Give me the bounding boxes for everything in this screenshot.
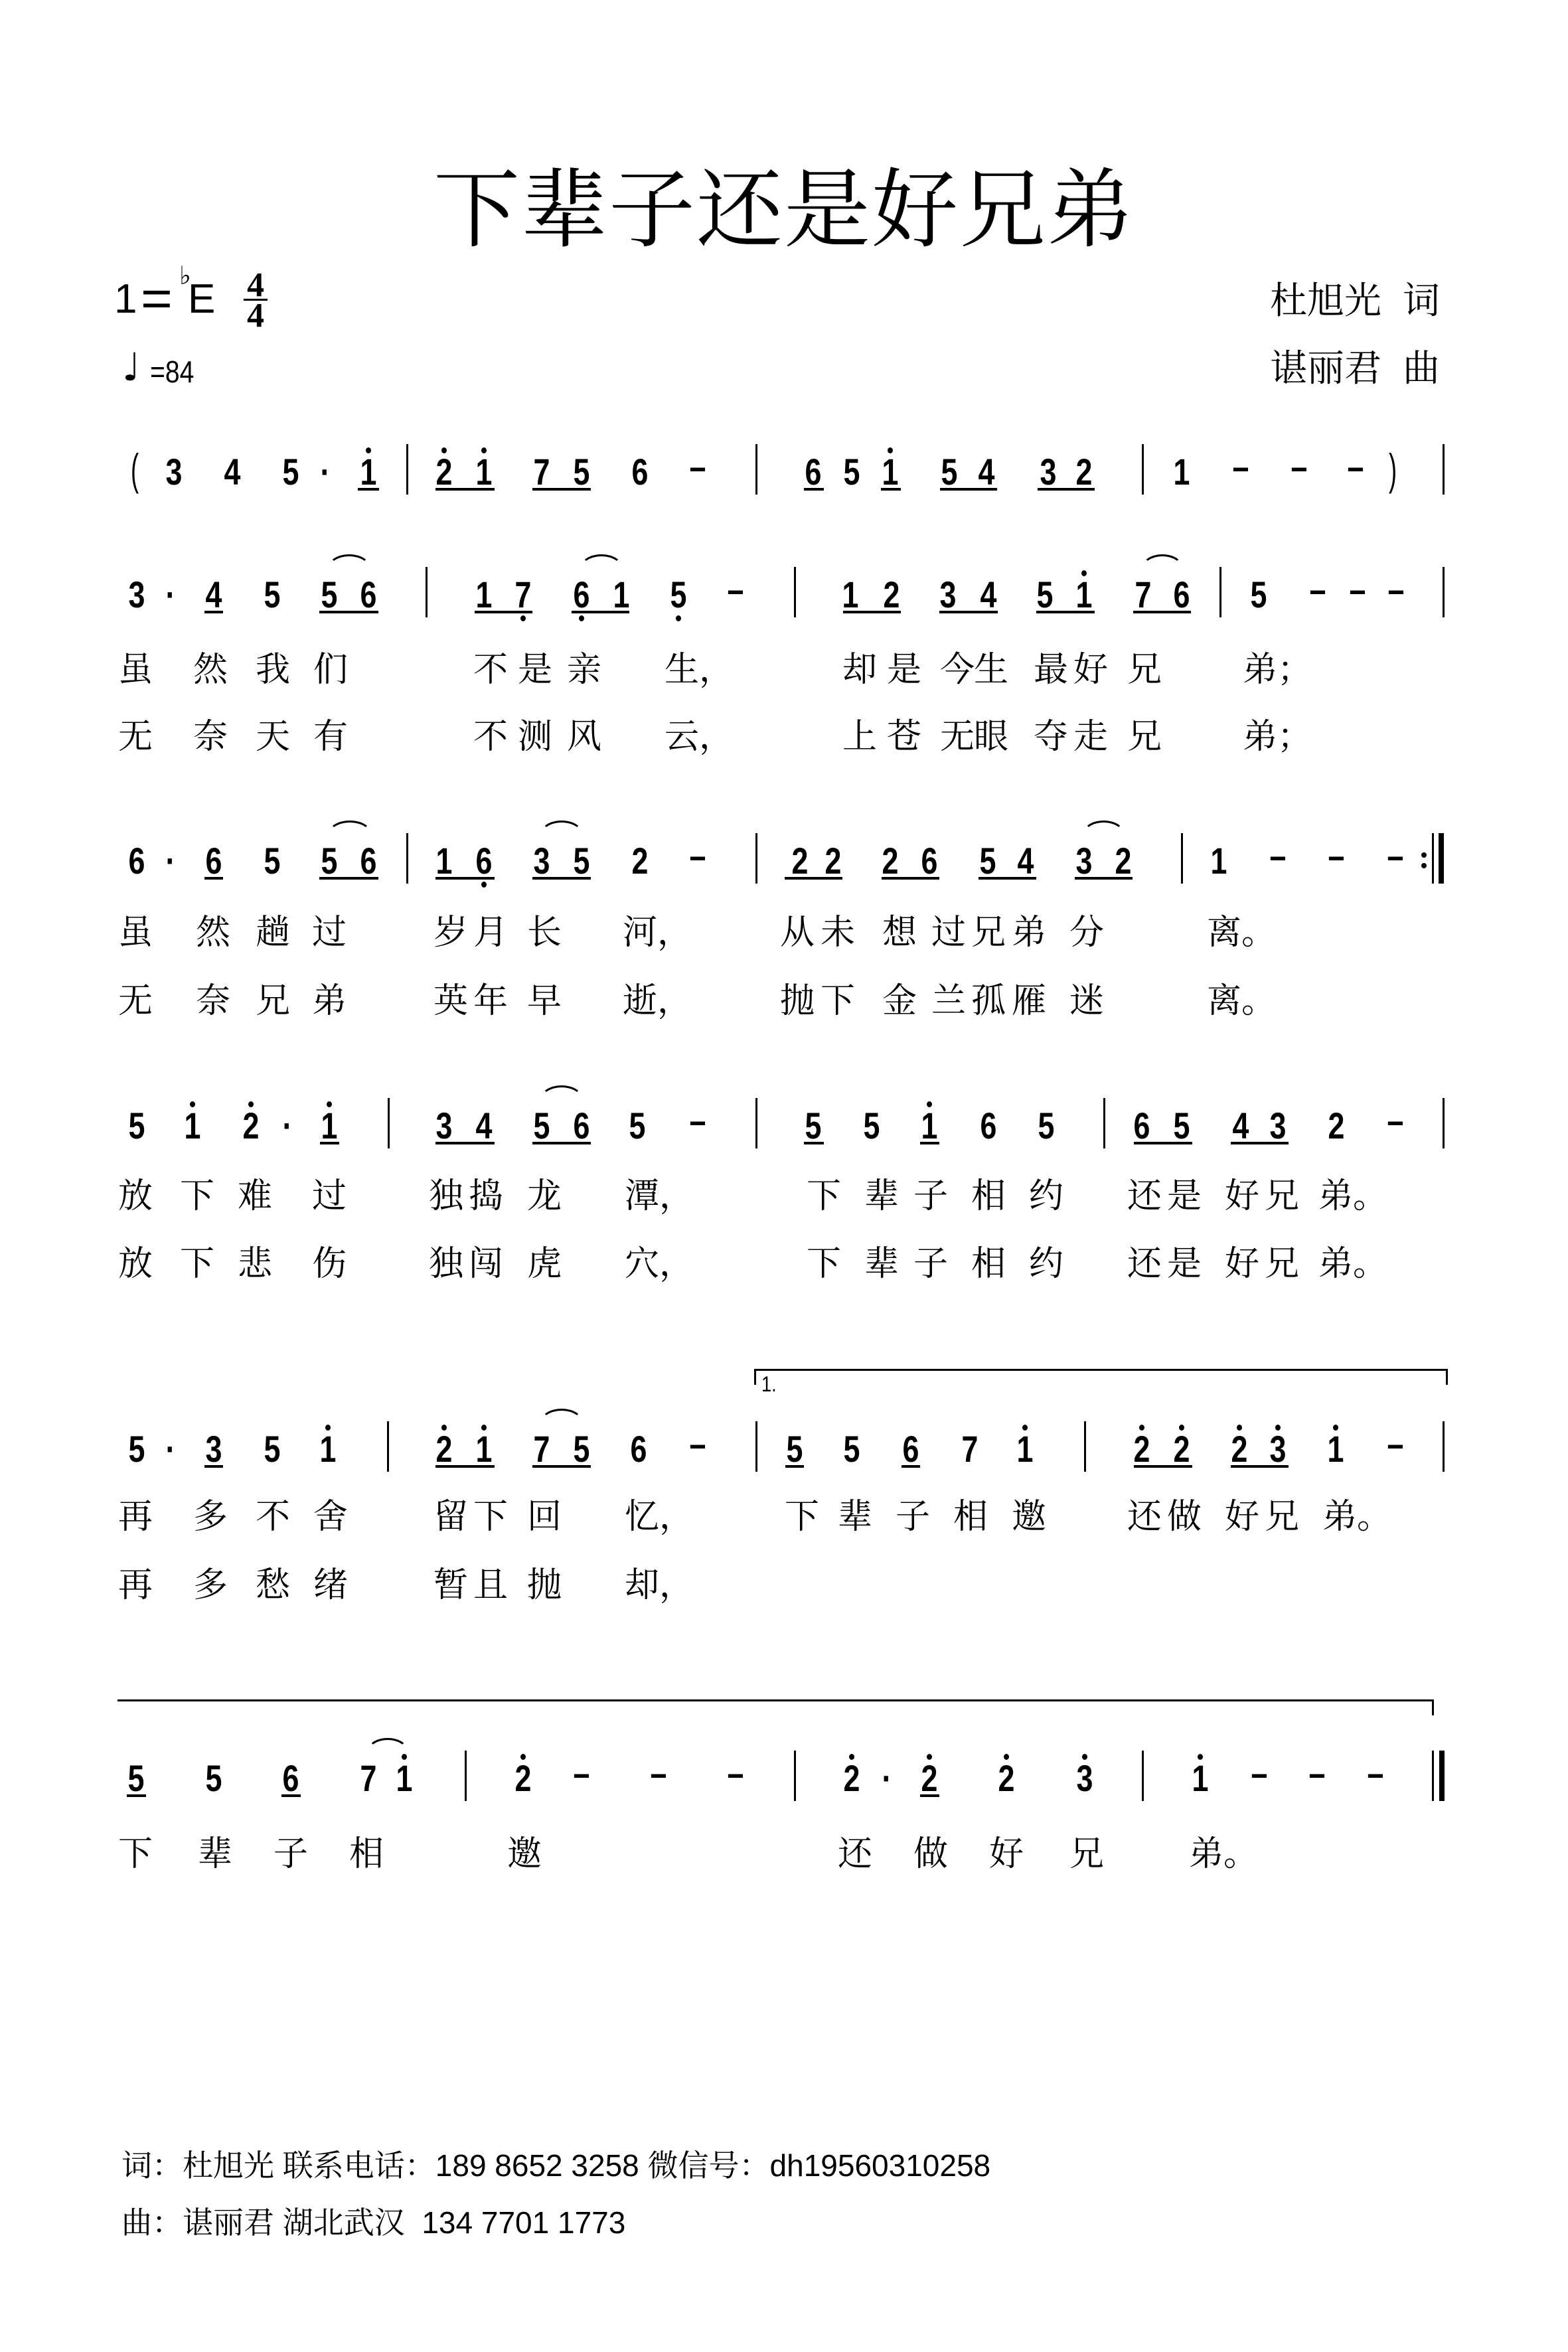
lyric-syllable: 早 — [527, 984, 562, 1018]
lyric-syllable: 趟 — [256, 915, 290, 950]
lyric-syllable: 伤 — [312, 1247, 347, 1281]
note-digit: 1 — [1203, 842, 1235, 880]
dash-glyph: – — [1320, 837, 1352, 874]
barline — [755, 1098, 757, 1148]
lyric-syllable: 还 — [1127, 1179, 1162, 1214]
note-digit: 1 — [312, 1431, 344, 1468]
note-digit: 7 — [954, 1431, 986, 1468]
lyric-syllable: 辈 — [864, 1247, 899, 1281]
note-digit: 3 — [158, 453, 190, 491]
lyric-syllable: 多 — [193, 1500, 228, 1534]
lyric-syllable: 云， — [665, 720, 734, 754]
lyricist-label: 词 — [1403, 283, 1440, 320]
lyric-syllable: 好 — [1073, 653, 1108, 687]
lyric-syllable: 下 — [807, 1247, 841, 1281]
eighth-underline — [939, 611, 998, 613]
eighth-underline — [532, 877, 591, 880]
note-digit: 5 — [120, 1760, 152, 1797]
lyric-syllable: 舍 — [313, 1500, 348, 1534]
eighth-underline — [1038, 488, 1095, 491]
lyric-syllable: 还 — [838, 1837, 872, 1871]
octave-dot-above — [1082, 1754, 1087, 1760]
eighth-underline — [127, 1794, 146, 1797]
note-digit: 5 — [121, 1431, 153, 1468]
eighth-underline — [532, 1465, 591, 1468]
lyric-syllable: 英 — [433, 984, 468, 1018]
lyric-syllable: 捣 — [469, 1179, 503, 1214]
lyric-syllable: 想 — [882, 915, 917, 950]
dash-glyph: – — [1360, 1755, 1391, 1792]
slur-arc — [540, 821, 584, 850]
second-ending-bracket — [118, 1699, 1434, 1715]
note-digit: 2 — [1320, 1107, 1352, 1144]
note-digit: 5 — [256, 842, 288, 880]
composer-name: 谌丽君 — [1270, 351, 1381, 388]
lyric-syllable: 下 — [821, 984, 855, 1018]
note-digit: 3 — [932, 576, 964, 613]
lyric-syllable: 上 — [842, 720, 877, 754]
eighth-underline — [843, 611, 901, 613]
note-digit: 5 — [621, 1107, 653, 1144]
lyric-syllable: 是 — [1167, 1179, 1202, 1214]
slur-arc — [1141, 554, 1184, 584]
eighth-underline — [882, 877, 939, 880]
dash-glyph: – — [720, 1755, 751, 1792]
barline — [388, 1098, 390, 1148]
barline — [1219, 567, 1221, 617]
lyric-syllable: 们 — [313, 653, 348, 687]
barline — [426, 567, 428, 617]
barline — [755, 444, 757, 495]
note-digit: 2 — [836, 1760, 868, 1797]
note-digit: 5 — [1030, 1107, 1062, 1144]
eighth-underline — [920, 1794, 939, 1797]
note-digit: 2 — [1068, 453, 1100, 491]
note-digit: 5 — [1243, 576, 1275, 613]
note-digit: 6 — [198, 842, 230, 880]
eighth-underline — [532, 488, 591, 491]
lyric-syllable: 弟； — [1243, 720, 1312, 754]
dash-glyph: – — [1283, 448, 1315, 485]
lyric-syllable: 兄 — [1265, 1247, 1299, 1281]
lyric-syllable: 是 — [518, 653, 552, 687]
eighth-underline — [320, 1142, 339, 1144]
note-digit: 1 — [468, 1431, 500, 1468]
lyric-syllable: 绪 — [313, 1568, 348, 1603]
lyric-syllable: 兄 — [1127, 720, 1162, 754]
note-digit: 1 — [428, 842, 460, 880]
octave-dot-above — [325, 1425, 331, 1431]
lyric-syllable: 金 — [882, 984, 917, 1018]
note-digit: 5 — [797, 1107, 829, 1144]
lyric-syllable: 离。 — [1207, 915, 1276, 950]
slur-arc — [580, 554, 623, 584]
lyric-syllable: 好 — [1225, 1247, 1259, 1281]
dot-glyph: · — [155, 842, 187, 880]
barline — [406, 833, 408, 884]
eighth-underline — [881, 488, 901, 491]
barline — [1103, 1098, 1105, 1148]
slur-arc — [1082, 821, 1125, 850]
note-digit: 5 — [566, 453, 597, 491]
slur-arc — [327, 821, 372, 850]
lyric-syllable: 邀 — [507, 1837, 542, 1871]
lyric-syllable: 好 — [1225, 1500, 1259, 1534]
note-digit: 6 — [913, 842, 945, 880]
note-digit: 5 — [779, 1431, 811, 1468]
lyric-syllable: 悲 — [238, 1247, 272, 1281]
lyric-syllable: 放 — [118, 1179, 153, 1214]
lyric-syllable: 过 — [312, 1179, 347, 1214]
note-digit: 4 — [973, 576, 1004, 613]
time-signature-denominator: 4 — [243, 299, 268, 333]
note-digit: 1 — [313, 1107, 345, 1144]
eighth-underline — [1134, 1465, 1192, 1468]
lyric-syllable: 忆， — [625, 1500, 694, 1534]
note-digit: 1 — [1009, 1431, 1041, 1468]
note-digit: 2 — [913, 1760, 945, 1797]
octave-dot-below — [481, 882, 487, 888]
lyric-syllable: 奈 — [196, 984, 230, 1018]
lyric-syllable: 天 — [256, 720, 290, 754]
dash-glyph: – — [1379, 1102, 1411, 1139]
lyric-syllable: 河， — [623, 915, 692, 950]
dash-glyph: – — [1225, 448, 1257, 485]
octave-dot-above — [441, 447, 447, 453]
lyric-syllable: 却 — [842, 653, 877, 687]
lyric-syllable: 是 — [1167, 1247, 1202, 1281]
eighth-underline — [920, 1142, 939, 1144]
lyric-syllable: 生， — [665, 653, 734, 687]
eighth-underline — [572, 611, 629, 613]
note-digit: 6 — [895, 1431, 927, 1468]
lyric-syllable: 子 — [913, 1179, 948, 1214]
lyric-syllable: 离。 — [1207, 984, 1276, 1018]
tempo-value: =84 — [150, 356, 194, 387]
octave-dot-above — [1179, 1425, 1184, 1431]
lyric-syllable: 还 — [1127, 1500, 1162, 1534]
lyric-syllable: 好 — [989, 1837, 1024, 1871]
eighth-underline — [1134, 1142, 1192, 1144]
octave-dot-below — [579, 615, 584, 621]
eighth-underline — [475, 611, 532, 613]
octave-dot-above — [327, 1101, 332, 1107]
octave-dot-above — [481, 447, 487, 453]
note-digit: 1 — [1068, 576, 1100, 613]
eighth-underline — [435, 1142, 495, 1144]
lyric-syllable: 岁 — [433, 915, 468, 950]
note-digit: 5 — [663, 576, 694, 613]
barline — [465, 1751, 467, 1801]
lyric-syllable: 下 — [473, 1500, 508, 1534]
note-digit: 3 — [121, 576, 153, 613]
final-thin-barline — [1432, 1751, 1434, 1801]
lyric-syllable: 亲 — [567, 653, 601, 687]
eighth-underline — [358, 488, 379, 491]
dash-glyph: – — [1379, 837, 1411, 874]
lyric-syllable: 兄 — [256, 984, 290, 1018]
note-digit: 4 — [216, 453, 248, 491]
note-digit: 3 — [1032, 453, 1064, 491]
lyric-syllable: 龙 — [527, 1179, 562, 1214]
slur-arc — [366, 1738, 409, 1767]
eighth-underline — [204, 611, 223, 613]
note-digit: 1 — [353, 453, 384, 491]
lyric-syllable: 长 — [527, 915, 562, 950]
note-digit: 3 — [1069, 1760, 1101, 1797]
composer-label: 曲 — [1403, 351, 1440, 388]
octave-dot-above — [888, 447, 893, 453]
dash-glyph: – — [643, 1755, 674, 1792]
key-signature-note: E — [188, 279, 215, 320]
octave-dot-above — [1333, 1425, 1338, 1431]
lyric-syllable: 约 — [1029, 1179, 1063, 1214]
barline — [794, 1751, 796, 1801]
lyric-syllable: 相 — [971, 1179, 1006, 1214]
lyric-syllable: 过 — [931, 915, 966, 950]
note-digit: 6 — [797, 453, 829, 491]
eighth-underline — [1231, 1142, 1289, 1144]
lyric-syllable: 再 — [118, 1568, 153, 1603]
octave-dot-above — [520, 1754, 526, 1760]
repeat-end-thin-barline — [1432, 833, 1434, 884]
barline — [1443, 1421, 1445, 1472]
note-digit: 5 — [1029, 576, 1061, 613]
note-digit: 1 — [913, 1107, 945, 1144]
lyric-syllable: 回 — [527, 1500, 562, 1534]
lyric-syllable: 风 — [567, 720, 601, 754]
note-digit: 5 — [856, 1107, 888, 1144]
first-ending-bracket: 1. — [754, 1369, 1448, 1385]
lyric-syllable: 然 — [193, 653, 228, 687]
barline — [1443, 1098, 1445, 1148]
note-digit: 2 — [876, 576, 907, 613]
note-digit: 5 — [256, 1431, 288, 1468]
lyric-syllable: 下 — [807, 1179, 841, 1214]
footer-composer-contact: 曲：谌丽君 湖北武汉 134 7701 1773 — [121, 2207, 625, 2238]
lyric-syllable: 无 — [118, 720, 153, 754]
note-digit: 1 — [468, 453, 500, 491]
eighth-underline — [1133, 611, 1191, 613]
note-digit: 2 — [428, 1431, 460, 1468]
footer-lyricist-contact: 词：杜旭光 联系电话：189 8652 3258 微信号：dh195603102… — [121, 2150, 990, 2181]
note-digit: 4 — [1010, 842, 1042, 880]
note-digit: 5 — [972, 842, 1004, 880]
note-digit: 6 — [275, 1760, 307, 1797]
octave-dot-above — [849, 1754, 854, 1760]
note-digit: 5 — [198, 1760, 230, 1797]
lyric-syllable: 苍 — [887, 720, 921, 754]
dot-glyph: · — [155, 576, 187, 613]
lyric-syllable: 难 — [238, 1179, 272, 1214]
note-digit: 5 — [836, 453, 868, 491]
eighth-underline — [281, 1794, 301, 1797]
lyric-syllable: 弟 — [312, 984, 347, 1018]
note-digit: 4 — [971, 453, 1002, 491]
paren-glyph: ) — [1382, 447, 1404, 491]
lyric-syllable: 暂 — [433, 1568, 468, 1603]
barline — [1142, 444, 1144, 495]
lyric-syllable: 独 — [429, 1179, 463, 1214]
note-digit: 6 — [121, 842, 153, 880]
note-digit: 1 — [177, 1107, 208, 1144]
lyric-syllable: 愁 — [256, 1568, 290, 1603]
lyric-syllable: 不 — [473, 653, 508, 687]
lyric-syllable: 子 — [274, 1837, 308, 1871]
eighth-underline — [804, 488, 824, 491]
lyric-syllable: 抛 — [527, 1568, 562, 1603]
eighth-underline — [1075, 877, 1133, 880]
dash-glyph: – — [1340, 448, 1372, 485]
lyric-syllable: 还 — [1127, 1247, 1162, 1281]
note-digit: 1 — [1166, 453, 1198, 491]
lyric-syllable: 做 — [1167, 1500, 1202, 1534]
octave-dot-above — [927, 1754, 932, 1760]
note-digit: 3 — [1262, 1107, 1294, 1144]
note-digit: 5 — [275, 453, 307, 491]
lyric-syllable: 有 — [313, 720, 348, 754]
paren-glyph: ( — [124, 447, 146, 491]
barline — [755, 1421, 757, 1472]
barline — [755, 833, 757, 884]
eighth-underline — [319, 877, 378, 880]
lyric-syllable: 兄 — [971, 915, 1006, 950]
final-thick-barline — [1439, 1751, 1445, 1801]
lyric-syllable: 最 — [1034, 653, 1068, 687]
dash-glyph: – — [682, 1425, 714, 1462]
lyric-syllable: 穴， — [625, 1247, 694, 1281]
dash-glyph: – — [682, 837, 714, 874]
slur-arc — [327, 554, 371, 584]
note-digit: 7 — [526, 453, 558, 491]
octave-dot-above — [190, 1101, 195, 1107]
note-digit: 5 — [933, 453, 965, 491]
note-digit: 5 — [836, 1431, 868, 1468]
lyric-syllable: 未 — [821, 915, 855, 950]
dash-glyph: – — [1302, 571, 1334, 608]
octave-dot-above — [441, 1425, 447, 1431]
barline — [1181, 833, 1183, 884]
note-digit: 2 — [784, 842, 816, 880]
note-digit: 7 — [507, 576, 539, 613]
dash-glyph: – — [1342, 571, 1373, 608]
lyric-syllable: 年 — [473, 984, 508, 1018]
note-digit: 2 — [235, 1107, 267, 1144]
lyric-syllable: 邀 — [1012, 1500, 1046, 1534]
slur-arc — [540, 1085, 584, 1115]
barline — [1142, 1751, 1144, 1801]
note-digit: 2 — [428, 453, 460, 491]
eighth-underline — [902, 1465, 920, 1468]
lyric-syllable: 相 — [971, 1247, 1006, 1281]
lyric-syllable: 下 — [180, 1247, 214, 1281]
lyric-syllable: 走 — [1073, 720, 1108, 754]
lyric-syllable: 孤 — [971, 984, 1006, 1018]
lyric-syllable: 夺 — [1034, 720, 1068, 754]
lyric-syllable: 辈 — [838, 1500, 872, 1534]
lyric-syllable: 弟 — [1012, 915, 1046, 950]
lyric-syllable: 相 — [953, 1500, 988, 1534]
lyric-syllable: 今 — [940, 653, 975, 687]
lyric-syllable: 迷 — [1069, 984, 1104, 1018]
octave-dot-above — [1022, 1425, 1028, 1431]
repeat-dot-lower — [1421, 863, 1427, 868]
dash-glyph: – — [720, 571, 751, 608]
lyric-syllable: 弟。 — [1318, 1247, 1387, 1281]
dot-glyph: · — [155, 1431, 187, 1468]
octave-dot-above — [1139, 1425, 1144, 1431]
lyric-syllable: 不 — [473, 720, 508, 754]
note-digit: 6 — [624, 453, 656, 491]
eighth-underline — [532, 1142, 591, 1144]
dash-glyph: – — [566, 1755, 597, 1792]
lyric-syllable: 弟。 — [1318, 1179, 1387, 1214]
dot-glyph: · — [871, 1760, 903, 1797]
octave-dot-above — [481, 1425, 487, 1431]
lyric-syllable: 生 — [974, 653, 1008, 687]
lyric-syllable: 逝， — [623, 984, 692, 1018]
lyric-syllable: 独 — [429, 1247, 463, 1281]
lyric-syllable: 且 — [473, 1568, 508, 1603]
note-digit: 6 — [468, 842, 500, 880]
octave-dot-above — [248, 1101, 254, 1107]
barline — [1443, 444, 1445, 495]
note-digit: 6 — [623, 1431, 655, 1468]
eighth-underline — [1036, 611, 1095, 613]
eighth-underline — [785, 877, 842, 880]
eighth-underline — [319, 611, 378, 613]
note-digit: 3 — [428, 1107, 460, 1144]
key-signature-degree: 1 — [114, 279, 137, 320]
eighth-underline — [1231, 1465, 1289, 1468]
lyric-syllable: 分 — [1069, 915, 1104, 950]
dash-glyph: – — [1301, 1755, 1333, 1792]
barline — [406, 444, 408, 495]
octave-dot-above — [1275, 1425, 1281, 1431]
lyric-syllable: 是 — [887, 653, 921, 687]
note-digit: 3 — [1262, 1431, 1294, 1468]
lyric-syllable: 兄 — [1265, 1179, 1299, 1214]
lyric-syllable: 弟。 — [1189, 1837, 1258, 1871]
lyric-syllable: 弟。 — [1322, 1500, 1391, 1534]
note-digit: 5 — [121, 1107, 153, 1144]
note-digit: 1 — [834, 576, 866, 613]
dash-glyph: – — [682, 1102, 714, 1139]
barline — [794, 567, 796, 617]
octave-dot-above — [1081, 570, 1087, 576]
note-digit: 2 — [1166, 1431, 1198, 1468]
lyric-syllable: 下 — [118, 1837, 153, 1871]
note-digit: 4 — [468, 1107, 500, 1144]
note-digit: 6 — [1126, 1107, 1158, 1144]
lyric-syllable: 放 — [118, 1247, 153, 1281]
note-digit: 5 — [256, 576, 288, 613]
eighth-underline — [204, 877, 223, 880]
dash-glyph: – — [682, 448, 714, 485]
lyric-syllable: 测 — [518, 720, 552, 754]
note-digit: 2 — [1223, 1431, 1255, 1468]
note-digit: 4 — [1225, 1107, 1257, 1144]
lyric-syllable: 虎 — [527, 1247, 562, 1281]
barline — [1084, 1421, 1086, 1472]
octave-dot-above — [927, 1101, 932, 1107]
lyric-syllable: 再 — [118, 1500, 153, 1534]
octave-dot-above — [1198, 1754, 1203, 1760]
eighth-underline — [804, 1142, 824, 1144]
lyric-syllable: 子 — [896, 1500, 930, 1534]
repeat-end-thick-barline — [1439, 833, 1444, 884]
lyric-syllable: 下 — [180, 1179, 214, 1214]
